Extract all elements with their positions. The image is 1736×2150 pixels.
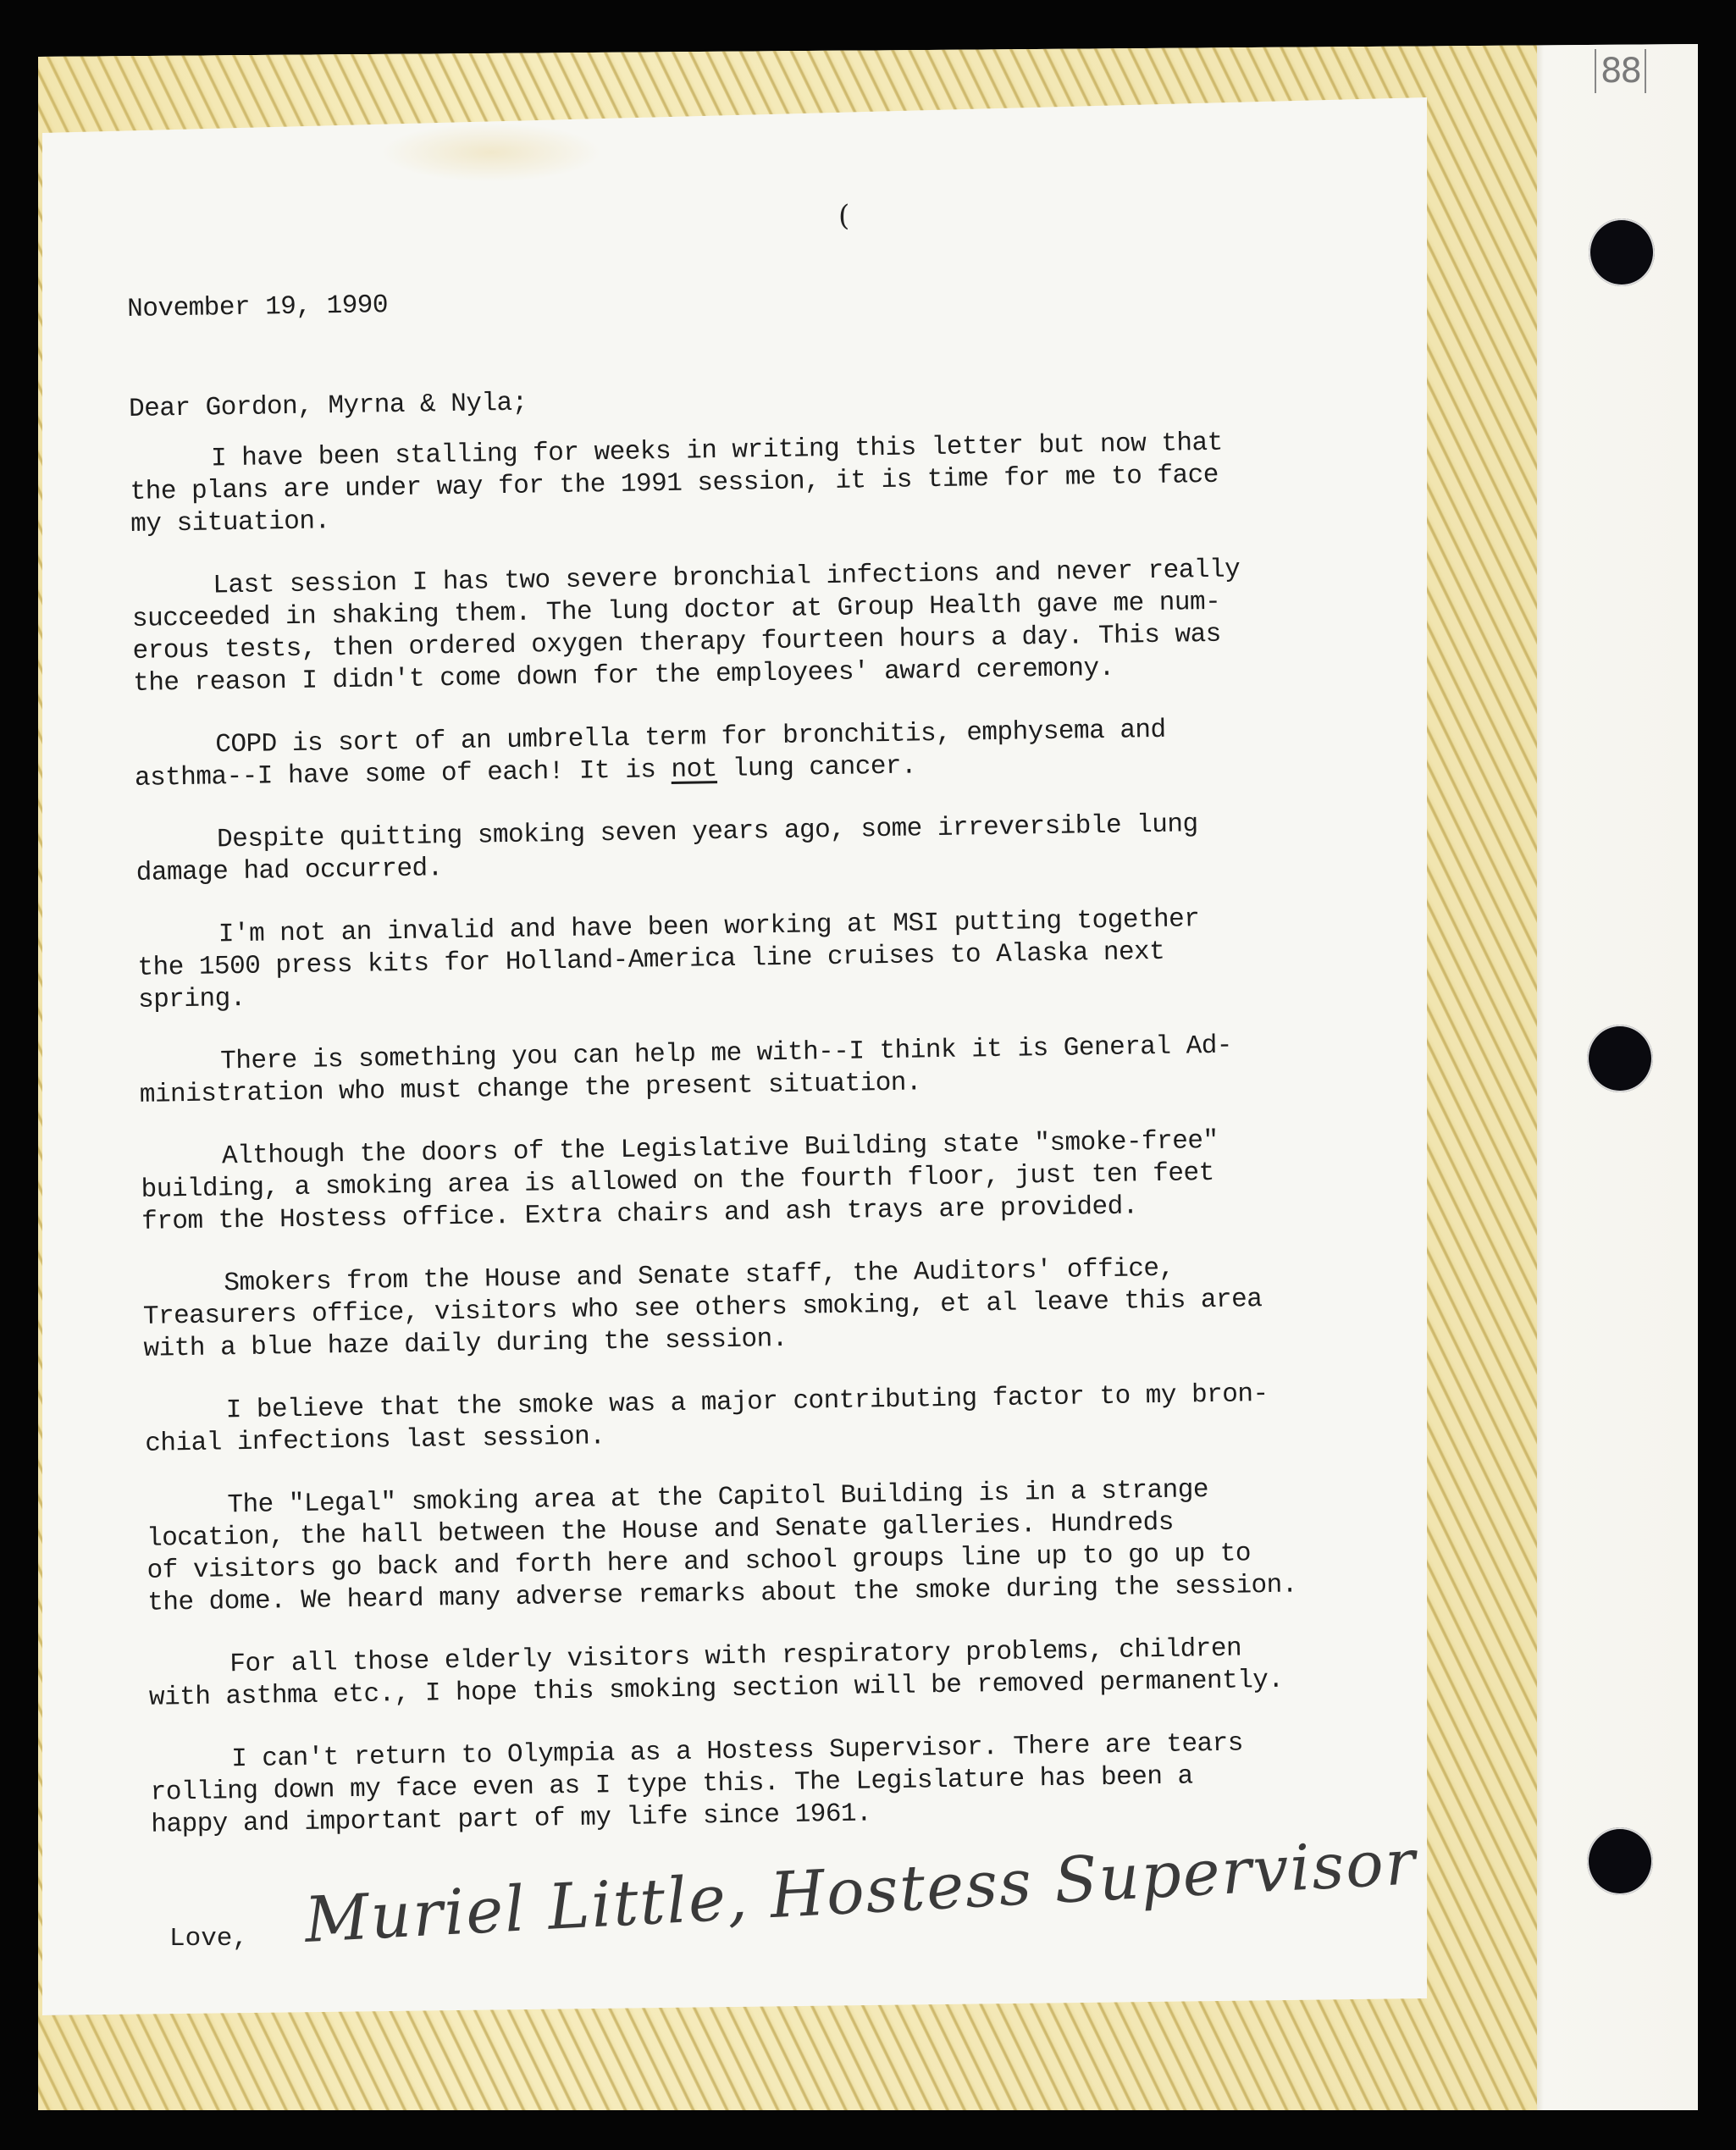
- stray-mark: (: [838, 199, 849, 233]
- letter-paragraph: I have been stalling for weeks in writin…: [130, 425, 1368, 541]
- letter-paragraph: Smokers from the House and Senate staff,…: [142, 1250, 1380, 1366]
- letter-paragraph: Last session I has two severe bronchial …: [131, 552, 1369, 700]
- binder-hole-icon: [1587, 1025, 1653, 1092]
- letter-body: November 19, 1990 Dear Gordon, Myrna & N…: [127, 274, 1388, 1872]
- binder-hole-icon: [1587, 1827, 1653, 1895]
- typed-letter: ( November 19, 1990 Dear Gordon, Myrna &…: [42, 97, 1427, 2015]
- page-number: 88: [1595, 49, 1646, 93]
- binder-hole-icon: [1589, 218, 1655, 286]
- letter-paragraph: Although the doors of the Legislative Bu…: [141, 1123, 1379, 1239]
- letter-paragraph: There is something you can help me with-…: [139, 1028, 1376, 1112]
- letter-paragraph: COPD is sort of an umbrella term for bro…: [134, 711, 1371, 795]
- letter-paragraph: The "Legal" smoking area at the Capitol …: [146, 1472, 1384, 1620]
- letter-closing: Love,: [169, 1924, 248, 1954]
- letter-salutation: Dear Gordon, Myrna & Nyla;: [129, 374, 1365, 426]
- letter-paragraph: I believe that the smoke was a major con…: [144, 1377, 1381, 1461]
- letter-date: November 19, 1990: [127, 274, 1363, 326]
- letter-paragraph: I'm not an invalid and have been working…: [137, 901, 1375, 1017]
- letter-paragraph: For all those elderly visitors with resp…: [148, 1631, 1385, 1715]
- letter-paragraphs: I have been stalling for weeks in writin…: [130, 425, 1388, 1842]
- underlined-word: not: [671, 754, 717, 785]
- letter-paragraph: Despite quitting smoking seven years ago…: [135, 806, 1373, 890]
- letter-paragraph: I can't return to Olympia as a Hostess S…: [150, 1726, 1388, 1842]
